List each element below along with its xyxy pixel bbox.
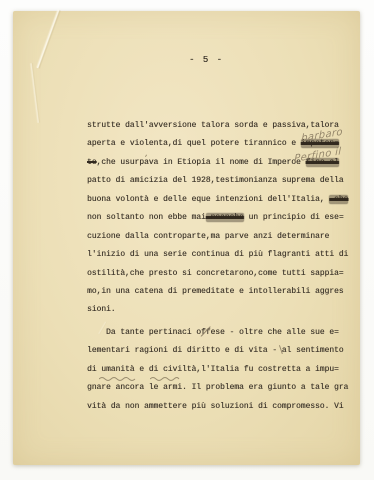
typed-text: patto di amicizia del 1928,testimonianza…	[87, 176, 344, 185]
page-number: - 5 -	[189, 55, 224, 65]
typed-text: vità da non ammettere più soluzioni di c…	[87, 402, 344, 411]
typed-line: lementari ragioni di diritto e di vita -…	[87, 342, 359, 360]
typed-text: un principio di ese=	[244, 213, 344, 222]
typed-lines: strutte dall'avversione talora sorda e p…	[87, 117, 359, 416]
typed-text: lementari ragioni di diritto e di vita -…	[87, 346, 344, 355]
pencil-squiggle-underline-civilta	[150, 376, 184, 382]
typed-line: ostilità,che presto si concretarono,come…	[87, 265, 359, 283]
struck-text: -neanche	[206, 213, 244, 222]
paper-crease	[29, 63, 40, 123]
struck-text: te	[87, 158, 97, 167]
typed-line: non soltanto non ebbe mai-neanche un pri…	[87, 209, 359, 227]
typed-text: strutte dall'avversione talora sorda e p…	[87, 121, 339, 130]
typed-line: sioni.	[87, 301, 359, 319]
typed-text: di umanità e di civiltà,l'Italia fu cost…	[87, 365, 339, 374]
typed-text: Da tante pertinaci offese - oltre che al…	[106, 328, 339, 337]
typed-text: l'inizio di una serie continua di più fl…	[87, 250, 348, 259]
typed-text: sioni.	[87, 305, 116, 314]
typed-text: gnare ancora le armi. Il problema era gi…	[87, 383, 348, 392]
typed-line: Da tante pertinaci offese - oltre che al…	[106, 324, 359, 342]
typed-line: l'inizio di una serie continua di più fl…	[87, 246, 359, 264]
typed-text: aperta e violenta,di quel potere tiranni…	[87, 139, 301, 148]
struck-text: -che	[329, 195, 348, 204]
typed-line: mo,in una catena di premeditate e intoll…	[87, 283, 359, 301]
typed-line: cuzione dalla controparte,ma parve anzi …	[87, 228, 359, 246]
typed-line: vità da non ammettere più soluzioni di c…	[87, 398, 359, 416]
typed-text: cuzione dalla controparte,ma parve anzi …	[87, 232, 329, 241]
typed-text: ,che usurpava in Etiopia il nome di Impe…	[97, 158, 306, 167]
typed-text: non soltanto non ebbe mai	[87, 213, 206, 222]
paper-crease	[36, 9, 62, 69]
typewritten-page: - 5 - strutte dall'avversione talora sor…	[13, 11, 360, 465]
typed-line: buona volontà e delle eque intenzioni de…	[87, 191, 359, 209]
typed-text: mo,in una catena di premeditate e intoll…	[87, 287, 344, 296]
handwritten-comma-insert: ,	[145, 148, 149, 159]
typed-line: patto di amicizia del 1928,testimonianza…	[87, 172, 359, 190]
pencil-squiggle-underline-umanita	[99, 376, 136, 382]
typed-text: buona volontà e delle eque intenzioni de…	[87, 195, 329, 204]
typed-text: ostilità,che presto si concretarono,come…	[87, 269, 344, 278]
